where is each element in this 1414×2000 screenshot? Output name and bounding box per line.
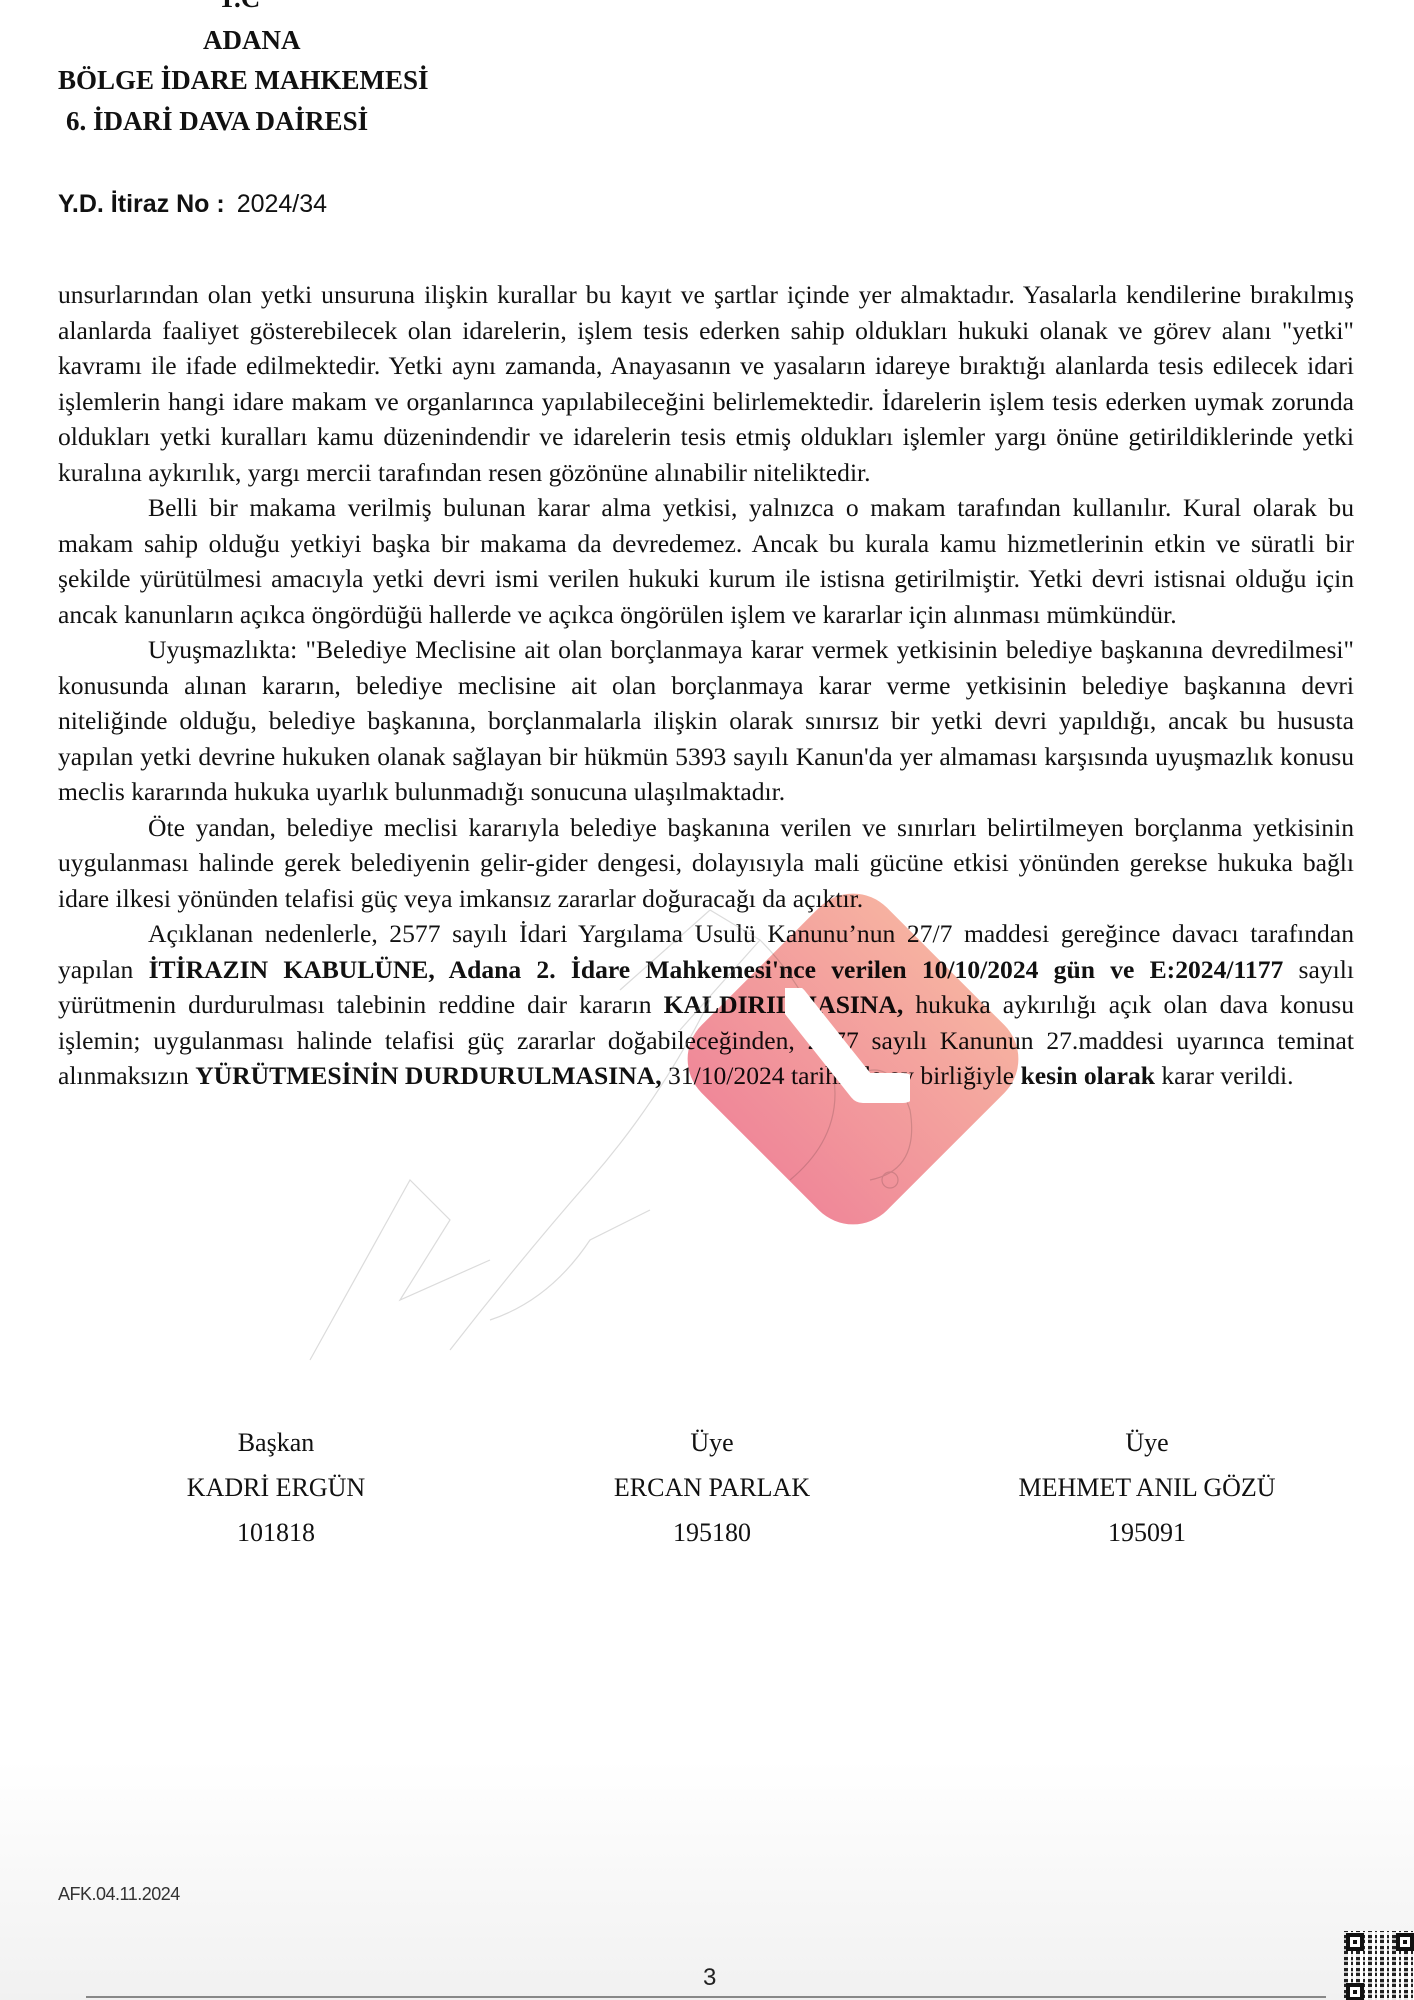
paragraph-delegation: Belli bir makama verilmiş bulunan karar … xyxy=(58,490,1354,632)
paragraph-dispute: Uyuşmazlıkta: "Belediye Meclisine ait ol… xyxy=(58,632,1354,810)
stamp-checkmark-icon xyxy=(785,988,910,1138)
signature-id: 195180 xyxy=(512,1510,912,1555)
signature-role: Başkan xyxy=(76,1420,476,1465)
page-number: 3 xyxy=(703,1964,716,1992)
paragraph-authority-rules: unsurlarından olan yetki unsuruna ilişki… xyxy=(58,277,1354,490)
signature-id: 195091 xyxy=(947,1510,1347,1555)
header-department: 6. İDARİ DAVA DAİRESİ xyxy=(66,101,368,141)
signature-role: Üye xyxy=(947,1420,1347,1465)
signature-id: 101818 xyxy=(76,1510,476,1555)
signature-role: Üye xyxy=(512,1420,912,1465)
signature-name: KADRİ ERGÜN xyxy=(76,1465,476,1510)
footer-document-code: AFK.04.11.2024 xyxy=(58,1884,180,1905)
signature-member-1: Üye ERCAN PARLAK 195180 xyxy=(512,1420,912,1555)
qr-finder-pattern xyxy=(1346,1983,1364,2000)
signature-name: MEHMET ANIL GÖZÜ xyxy=(947,1465,1347,1510)
signature-name: ERCAN PARLAK xyxy=(512,1465,912,1510)
qr-finder-pattern xyxy=(1346,1933,1364,1951)
qr-code-icon xyxy=(1344,1931,1414,2000)
header-tc: T.C xyxy=(218,0,260,18)
header-city: ADANA xyxy=(203,20,301,60)
case-number-line: Y.D. İtiraz No : 2024/34 xyxy=(58,190,327,219)
signature-member-2: Üye MEHMET ANIL GÖZÜ 195091 xyxy=(947,1420,1347,1555)
footer-divider xyxy=(86,1996,1326,1998)
case-number-value: 2024/34 xyxy=(237,190,327,218)
ruling-text: karar verildi. xyxy=(1155,1061,1294,1090)
signature-president: Başkan KADRİ ERGÜN 101818 xyxy=(76,1420,476,1555)
case-number-label: Y.D. İtiraz No : xyxy=(58,190,225,218)
header-court: BÖLGE İDARE MAHKEMESİ xyxy=(58,60,429,100)
qr-finder-pattern xyxy=(1396,1933,1414,1951)
